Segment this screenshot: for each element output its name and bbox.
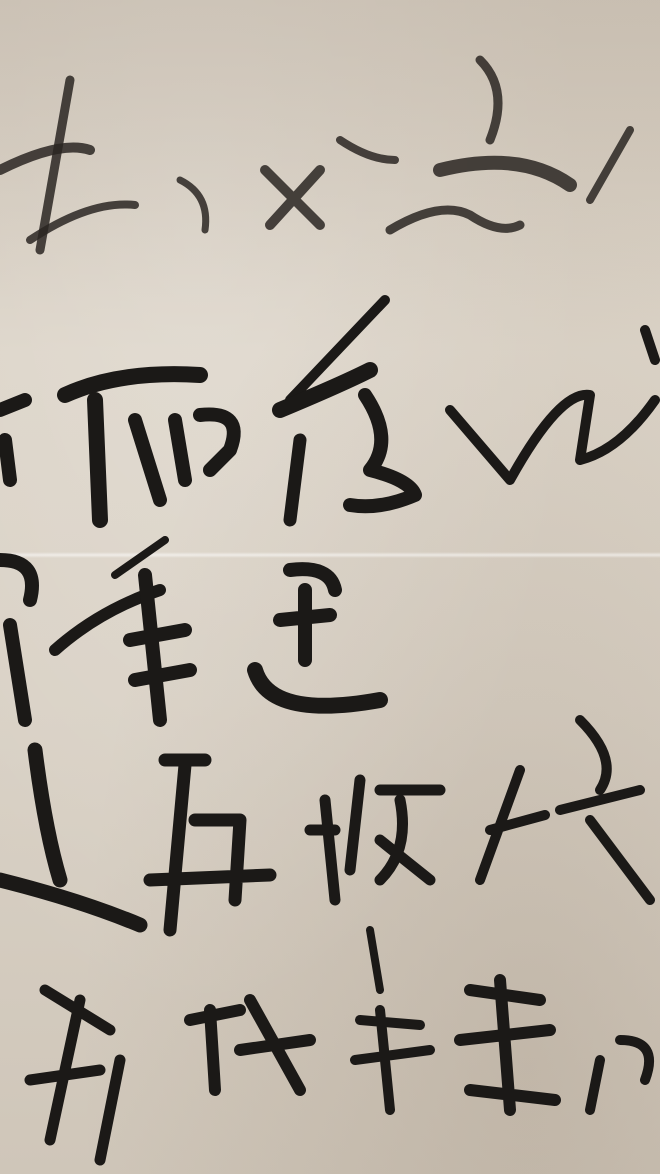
calligraphy-photo bbox=[0, 0, 660, 1174]
calligraphy-characters bbox=[0, 0, 660, 1174]
